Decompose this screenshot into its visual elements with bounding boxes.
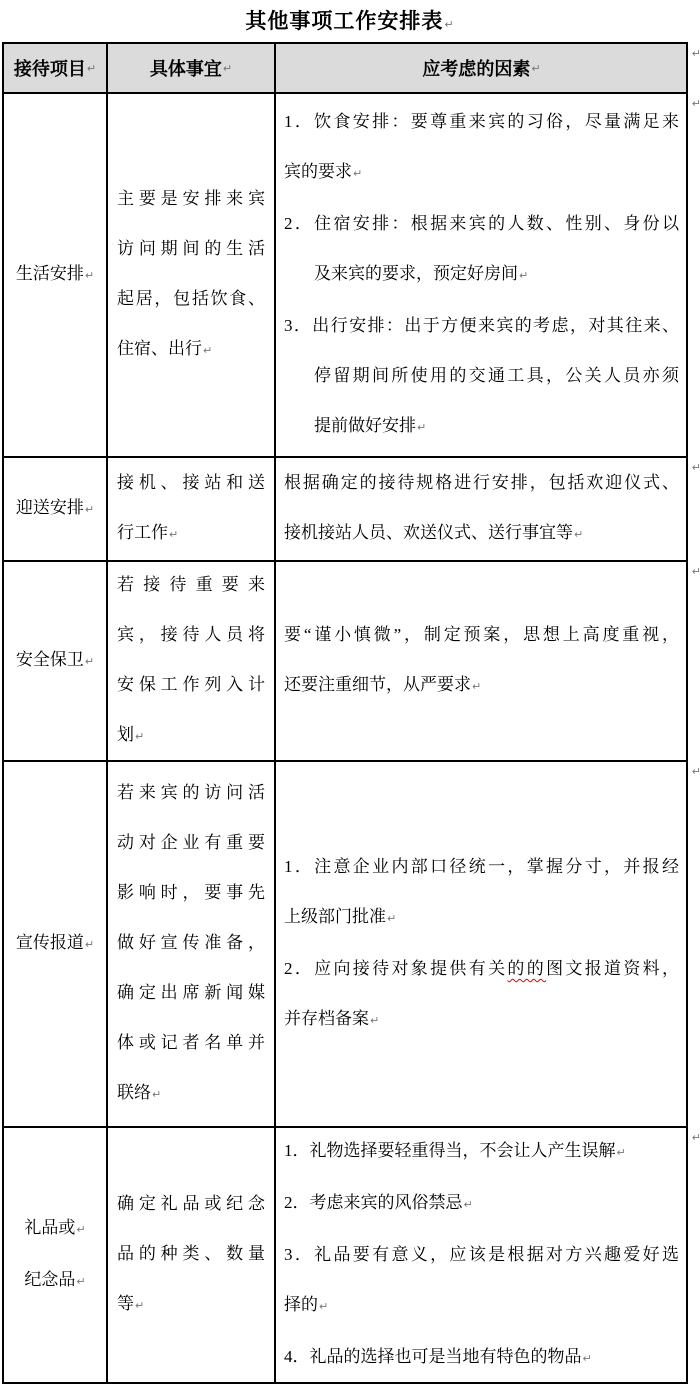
paragraph-mark-icon: ↵ — [85, 269, 94, 282]
cell-text: 根据确定的接待规格进行安排，包括欢迎仪式、 — [284, 473, 679, 492]
text-line: 并存档备案↵ — [284, 994, 679, 1046]
cell-text: 3．出行安排：出于方便来宾的考虑，对其往来、 — [284, 316, 679, 335]
cell-text: 图文报道资料， — [546, 959, 679, 978]
cell-text: 安保工作列入计 — [117, 675, 265, 694]
paragraph-mark-icon: ↵ — [85, 655, 94, 668]
text-line: 品的种类、数量 — [117, 1229, 265, 1279]
item-cell: 安全保卫↵ — [4, 562, 108, 760]
cell-text: 影响时，要事先 — [117, 883, 265, 902]
cell-text: 宣传报道 — [16, 933, 84, 952]
paragraph-mark-icon: ↵ — [135, 730, 144, 743]
paragraph-mark-icon: ↵ — [87, 62, 96, 75]
text-line: 4．礼品的选择也可是当地有特色的物品↵ — [284, 1332, 679, 1382]
item-cell: 礼品或↵ 纪念品↵ — [4, 1128, 108, 1382]
cell-text: 行工作 — [117, 523, 168, 542]
factors-cell: 1．饮食安排：要尊重来宾的习俗，尽量满足来 宾的要求↵ 2．住宿安排：根据来宾的… — [276, 94, 688, 456]
text-line: 宣传报道↵ — [16, 918, 94, 970]
cell-text: 动对企业有重要 — [117, 833, 265, 852]
cell-text: 品的种类、数量 — [117, 1244, 265, 1263]
header-cell-specific-matters: 具体事宜↵ — [108, 44, 276, 92]
paragraph-mark-icon: ↵ — [417, 421, 426, 434]
cell-text: 迎送安排 — [16, 498, 84, 517]
cell-text: 宾，接待人员将 — [117, 625, 265, 644]
text-line: 根据确定的接待规格进行安排，包括欢迎仪式、 — [284, 458, 679, 508]
cell-text: 联络 — [117, 1083, 151, 1102]
misspelled-text: 的的 — [507, 959, 546, 978]
cell-text: 1．饮食安排：要尊重来宾的习俗，尽量满足来 — [284, 112, 679, 131]
text-line: 还要注重细节，从严要求↵ — [284, 660, 679, 712]
end-of-row-mark-icon: ↵ — [692, 462, 700, 474]
end-of-row-mark-icon: ↵ — [692, 48, 700, 60]
table-row-living-arrangements: 生活安排↵ 主要是安排来宾 访问期间的生活 起居，包括饮食、 住宿、出行↵ 1．… — [4, 94, 688, 458]
text-line: 2．考虑来宾的风俗禁忌↵ — [284, 1178, 679, 1230]
text-line: 生活安排↵ — [16, 249, 94, 301]
cell-text: 停留期间所使用的交通工具，公关人员亦须 — [314, 366, 679, 385]
cell-text: 宾的要求 — [284, 162, 352, 181]
cell-text: 2．考虑来宾的风俗禁忌 — [284, 1193, 463, 1212]
text-line: 划↵ — [117, 710, 265, 760]
text-line: 迎送安排↵ — [16, 483, 94, 535]
paragraph-mark-icon: ↵ — [85, 938, 94, 951]
cell-text: 4．礼品的选择也可是当地有特色的物品 — [284, 1347, 582, 1366]
factors-cell: 根据确定的接待规格进行安排，包括欢迎仪式、 接机接站人员、欢送仪式、送行事宜等↵ — [276, 458, 688, 560]
cell-text: 提前做好安排 — [314, 416, 416, 435]
header-cell-factors: 应考虑的因素↵ — [276, 44, 688, 92]
text-line: 接机接站人员、欢送仪式、送行事宜等↵ — [284, 508, 679, 560]
text-line: 联络↵ — [117, 1068, 265, 1120]
paragraph-mark-icon: ↵ — [76, 1275, 85, 1288]
text-line: 安全保卫↵ — [16, 635, 94, 687]
paragraph-mark-icon: ↵ — [85, 503, 94, 516]
paragraph-mark-icon: ↵ — [135, 1299, 144, 1312]
cell-text: 若接待重要来 — [117, 575, 265, 594]
text-line: 1．饮食安排：要尊重来宾的习俗，尽量满足来 — [284, 97, 679, 147]
header-cell-reception-item: 接待项目↵ — [4, 44, 108, 92]
paragraph-mark-icon: ↵ — [223, 62, 232, 75]
text-line: 确定出席新闻媒 — [117, 968, 265, 1018]
header-text: 具体事宜 — [150, 55, 222, 81]
cell-text: 2．住宿安排：根据来宾的人数、性别、身份以 — [284, 214, 679, 233]
cell-text: 3．礼品要有意义，应该是根据对方兴趣爱好选 — [284, 1245, 679, 1264]
text-line: 纪念品↵ — [24, 1255, 85, 1307]
paragraph-mark-icon: ↵ — [152, 1088, 161, 1101]
cell-text: 若来宾的访问活 — [117, 783, 265, 802]
end-of-row-mark-icon: ↵ — [692, 766, 700, 778]
paragraph-mark-icon: ↵ — [583, 1352, 592, 1365]
text-line: 提前做好安排↵ — [284, 401, 679, 453]
cell-text: 体或记者名单并 — [117, 1033, 265, 1052]
cell-text: 纪念品 — [24, 1270, 75, 1289]
factors-cell: 要“谨小慎微”，制定预案，思想上高度重视， 还要注重细节，从严要求↵ — [276, 562, 688, 760]
cell-text: 择的 — [284, 1295, 318, 1314]
cell-text: 接机、接站和送 — [117, 473, 265, 492]
table-row-publicity: 宣传报道↵ 若来宾的访问活 动对企业有重要 影响时，要事先 做好宣传准备， 确定… — [4, 762, 688, 1128]
text-line: 影响时，要事先 — [117, 868, 265, 918]
item-cell: 迎送安排↵ — [4, 458, 108, 560]
detail-cell: 主要是安排来宾 访问期间的生活 起居，包括饮食、 住宿、出行↵ — [108, 94, 276, 456]
paragraph-mark-icon: ↵ — [464, 1198, 473, 1211]
cell-text: 主要是安排来宾 — [117, 189, 265, 208]
cell-text: 2．应向接待对象提供有关 — [284, 959, 507, 978]
text-line: 住宿、出行↵ — [117, 324, 265, 376]
text-line: 1．礼物选择要轻重得当，不会让人产生误解↵ — [284, 1128, 679, 1178]
end-of-row-mark-icon: ↵ — [692, 98, 700, 110]
cell-text: 做好宣传准备， — [117, 933, 265, 952]
text-line: 确定礼品或纪念 — [117, 1179, 265, 1229]
text-line: 宾，接待人员将 — [117, 610, 265, 660]
detail-cell: 确定礼品或纪念 品的种类、数量 等↵ — [108, 1128, 276, 1382]
text-line: 安保工作列入计 — [117, 660, 265, 710]
header-text: 应考虑的因素 — [422, 55, 530, 81]
text-line: 择的↵ — [284, 1280, 679, 1332]
text-line: 主要是安排来宾 — [117, 174, 265, 224]
cell-text: 上级部门批准 — [284, 907, 386, 926]
text-line: 起居，包括饮食、 — [117, 274, 265, 324]
text-line: 1．注意企业内部口径统一，掌握分寸，并报经 — [284, 842, 679, 892]
paragraph-mark-icon: ↵ — [353, 167, 362, 180]
header-row: 接待项目↵ 具体事宜↵ 应考虑的因素↵ ↵ — [4, 44, 688, 94]
cell-text: 确定出席新闻媒 — [117, 983, 265, 1002]
work-arrangement-table: 接待项目↵ 具体事宜↵ 应考虑的因素↵ ↵ 生活安排↵ 主要是安排来宾 访问期间… — [2, 42, 688, 1384]
text-line: 要“谨小慎微”，制定预案，思想上高度重视， — [284, 610, 679, 660]
text-line: 做好宣传准备， — [117, 918, 265, 968]
factors-cell: 1．礼物选择要轻重得当，不会让人产生误解↵ 2．考虑来宾的风俗禁忌↵ 3．礼品要… — [276, 1128, 688, 1382]
header-text: 接待项目 — [14, 55, 86, 81]
paragraph-mark-icon: ↵ — [519, 269, 528, 282]
paragraph-mark-icon: ↵ — [203, 344, 212, 357]
cell-text: 住宿、出行 — [117, 339, 202, 358]
cell-text: 等 — [117, 1294, 134, 1313]
paragraph-mark-icon: ↵ — [574, 528, 583, 541]
text-line: 宾的要求↵ — [284, 147, 679, 199]
text-line: 礼品或↵ — [24, 1203, 85, 1255]
paragraph-mark-icon: ↵ — [531, 62, 540, 75]
text-line: 若来宾的访问活 — [117, 768, 265, 818]
text-line: 上级部门批准↵ — [284, 892, 679, 944]
detail-cell: 若接待重要来 宾，接待人员将 安保工作列入计 划↵ — [108, 562, 276, 760]
cell-text: 及来宾的要求，预定好房间 — [314, 264, 518, 283]
paragraph-mark-icon: ↵ — [444, 18, 454, 31]
table-row-gifts-souvenirs: 礼品或↵ 纪念品↵ 确定礼品或纪念 品的种类、数量 等↵ 1．礼物选择要轻重得当… — [4, 1128, 688, 1384]
cell-text: 访问期间的生活 — [117, 239, 265, 258]
end-of-row-mark-icon: ↵ — [692, 566, 700, 578]
cell-text: 1．注意企业内部口径统一，掌握分寸，并报经 — [284, 857, 679, 876]
text-line: 访问期间的生活 — [117, 224, 265, 274]
paragraph-mark-icon: ↵ — [617, 1146, 626, 1159]
end-of-row-mark-icon: ↵ — [692, 1132, 700, 1144]
page-title: 其他事项工作安排表↵ — [0, 0, 700, 42]
text-line: 3．出行安排：出于方便来宾的考虑，对其往来、 — [284, 301, 679, 351]
text-line: 2．住宿安排：根据来宾的人数、性别、身份以 — [284, 199, 679, 249]
item-cell: 生活安排↵ — [4, 94, 108, 456]
text-line: 3．礼品要有意义，应该是根据对方兴趣爱好选 — [284, 1230, 679, 1280]
cell-text: 要“谨小慎微”，制定预案，思想上高度重视， — [284, 625, 679, 644]
item-cell: 宣传报道↵ — [4, 762, 108, 1126]
text-line: 动对企业有重要 — [117, 818, 265, 868]
table-row-security: 安全保卫↵ 若接待重要来 宾，接待人员将 安保工作列入计 划↵ 要“谨小慎微”，… — [4, 562, 688, 762]
text-line: 及来宾的要求，预定好房间↵ — [284, 249, 679, 301]
table-row-greeting-seeing-off: 迎送安排↵ 接机、接站和送 行工作↵ 根据确定的接待规格进行安排，包括欢迎仪式、… — [4, 458, 688, 562]
cell-text: 安全保卫 — [16, 650, 84, 669]
paragraph-mark-icon: ↵ — [76, 1223, 85, 1236]
factors-cell: 1．注意企业内部口径统一，掌握分寸，并报经 上级部门批准↵ 2．应向接待对象提供… — [276, 762, 688, 1126]
text-line: 等↵ — [117, 1279, 265, 1331]
paragraph-mark-icon: ↵ — [370, 1014, 379, 1027]
cell-text: 划 — [117, 725, 134, 744]
cell-text: 起居，包括饮食、 — [117, 289, 265, 308]
cell-text: 确定礼品或纪念 — [117, 1194, 265, 1213]
cell-text: 生活安排 — [16, 264, 84, 283]
page-title-text: 其他事项工作安排表 — [245, 9, 443, 33]
text-line: 2．应向接待对象提供有关的的图文报道资料， — [284, 944, 679, 994]
cell-text: 礼品或 — [24, 1218, 75, 1237]
paragraph-mark-icon: ↵ — [319, 1300, 328, 1313]
text-line: 行工作↵ — [117, 508, 265, 560]
text-line: 接机、接站和送 — [117, 458, 265, 508]
paragraph-mark-icon: ↵ — [169, 528, 178, 541]
text-line: 体或记者名单并 — [117, 1018, 265, 1068]
text-line: 停留期间所使用的交通工具，公关人员亦须 — [284, 351, 679, 401]
cell-text: 并存档备案 — [284, 1009, 369, 1028]
cell-text: 还要注重细节，从严要求 — [284, 675, 471, 694]
cell-text: 1．礼物选择要轻重得当，不会让人产生误解 — [284, 1141, 616, 1160]
detail-cell: 若来宾的访问活 动对企业有重要 影响时，要事先 做好宣传准备， 确定出席新闻媒 … — [108, 762, 276, 1126]
detail-cell: 接机、接站和送 行工作↵ — [108, 458, 276, 560]
cell-text: 接机接站人员、欢送仪式、送行事宜等 — [284, 523, 573, 542]
text-line: 若接待重要来 — [117, 562, 265, 610]
paragraph-mark-icon: ↵ — [472, 680, 481, 693]
paragraph-mark-icon: ↵ — [387, 912, 396, 925]
